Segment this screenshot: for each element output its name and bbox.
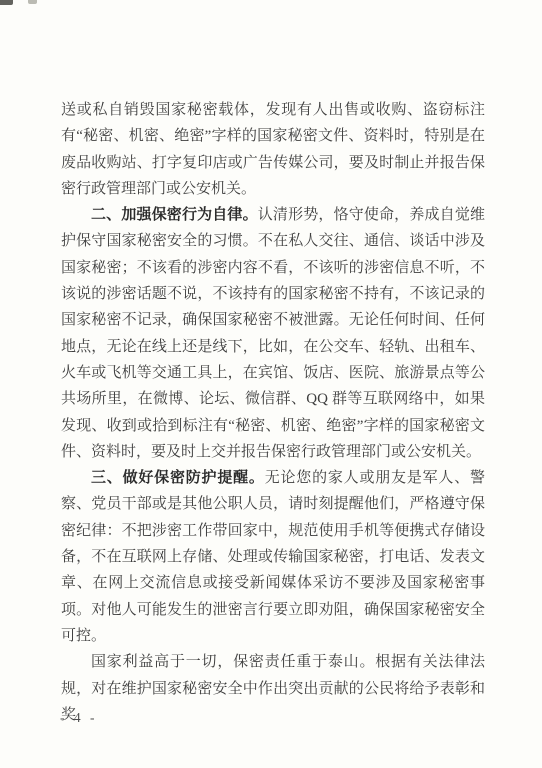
paragraph: 三、做好保密防护提醒。无论您的家人或朋友是军人、警察、党员干部或是其他公职人员，… xyxy=(61,465,485,649)
scan-smudge-dark xyxy=(0,0,13,5)
document-body: 送或私自销毁国家秘密载体，发现有人出售或收购、盗窃标注有“秘密、机密、绝密”字样… xyxy=(61,97,485,728)
scanned-document-page: 送或私自销毁国家秘密载体，发现有人出售或收购、盗窃标注有“秘密、机密、绝密”字样… xyxy=(0,0,542,768)
paragraph: 二、加强保密行为自律。认清形势，恪守使命，养成自觉维护保守国家秘密安全的习惯。不… xyxy=(61,202,485,465)
paragraph: 送或私自销毁国家秘密载体，发现有人出售或收购、盗窃标注有“秘密、机密、绝密”字样… xyxy=(61,97,485,202)
scan-smudge-light xyxy=(28,0,37,4)
paragraph-heading: 二、加强保密行为自律。 xyxy=(91,206,258,223)
page-number: - 4 - xyxy=(60,710,98,726)
paragraph-heading: 三、做好保密防护提醒。 xyxy=(91,469,265,486)
paragraph: 国家利益高于一切，保密责任重于泰山。根据有关法律法规，对在维护国家秘密安全中作出… xyxy=(61,649,485,728)
